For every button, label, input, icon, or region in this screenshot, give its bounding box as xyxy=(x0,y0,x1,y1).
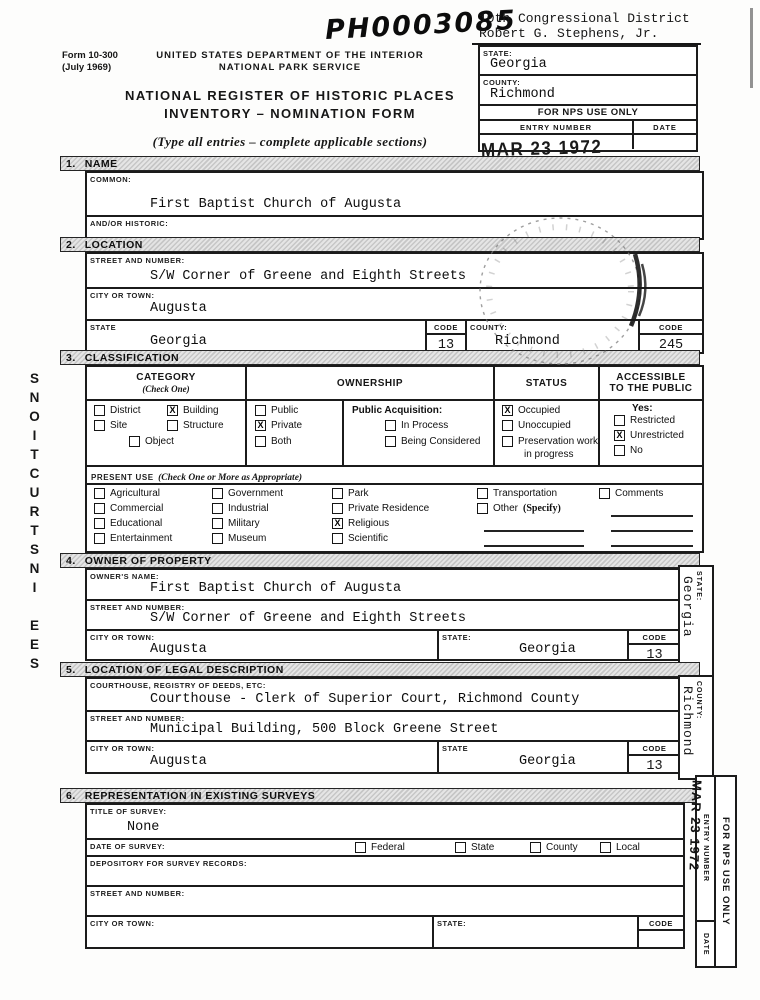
date-label: DATE xyxy=(632,121,696,133)
accessible-options-cell: Yes: Restricted XUnrestricted No xyxy=(598,401,702,465)
nps-state-value: Georgia xyxy=(490,57,547,72)
checkbox-both: Both xyxy=(255,436,292,447)
checkbox-public: Public xyxy=(255,405,298,416)
owner-city-cell: CITY OR TOWN: Augusta xyxy=(87,631,437,659)
checkbox xyxy=(614,415,625,426)
checkbox xyxy=(332,533,343,544)
survey-title-value: None xyxy=(127,820,159,835)
category-check-note: (Check One) xyxy=(142,384,189,394)
checkbox xyxy=(167,420,178,431)
checkbox-commercial: Commercial xyxy=(94,503,163,514)
checkbox-being-considered: Being Considered xyxy=(385,436,481,447)
legal-code-label: CODE xyxy=(629,742,680,756)
department-heading: UNITED STATES DEPARTMENT OF THE INTERIOR… xyxy=(120,50,460,73)
see-instructions-note: SNOITCURTSNI EES xyxy=(27,371,42,675)
checkbox-agricultural: Agricultural xyxy=(94,488,160,499)
margin-state-label: STATE: xyxy=(695,571,702,675)
owner-state-cell: STATE: Georgia xyxy=(437,631,627,659)
legal-street-value: Municipal Building, 500 Block Greene Str… xyxy=(150,722,498,737)
checkbox xyxy=(332,488,343,499)
checkbox xyxy=(385,436,396,447)
strip-nps-only-label: FOR NPS USE ONLY xyxy=(714,777,735,966)
depository-label: DEPOSITORY FOR SURVEY RECORDS: xyxy=(90,859,247,868)
checkbox-educational: Educational xyxy=(94,518,162,529)
form-number: Form 10-300 (July 1969) xyxy=(62,50,118,73)
strip-date-stamp: MAR 23 1972 xyxy=(686,780,704,872)
owner-name-field: OWNER'S NAME: First Baptist Church of Au… xyxy=(87,570,680,599)
owner-street-value: S/W Corner of Greene and Eighth Streets xyxy=(150,611,466,626)
checkbox xyxy=(94,518,105,529)
checkbox-military: Military xyxy=(212,518,260,529)
county-label: COUNTY: xyxy=(470,323,507,332)
state-value: Georgia xyxy=(150,334,207,349)
checkbox xyxy=(94,533,105,544)
street-value: S/W Corner of Greene and Eighth Streets xyxy=(150,269,466,284)
margin-county-label: COUNTY: xyxy=(695,681,702,778)
checkbox xyxy=(212,518,223,529)
margin-county-strip: COUNTY: Richmond xyxy=(678,675,714,780)
checkbox-state-survey: State xyxy=(455,842,494,853)
accessible-yes-label: Yes: xyxy=(632,403,653,414)
county-value: Richmond xyxy=(495,334,560,349)
survey-street-label: STREET AND NUMBER: xyxy=(90,889,185,898)
checkbox-no: No xyxy=(614,445,643,456)
location-state-row: STATE Georgia CODE 13 COUNTY: Richmond C… xyxy=(87,319,702,352)
checkbox-object: Object xyxy=(129,436,174,447)
category-header-cell: CATEGORY (Check One) xyxy=(87,367,245,399)
survey-street-field: STREET AND NUMBER: xyxy=(87,885,683,915)
section-5-body: COURTHOUSE, REGISTRY OF DEEDS, ETC: Cour… xyxy=(85,677,682,774)
section-4-title: OWNER OF PROPERTY xyxy=(85,555,212,567)
checkbox xyxy=(94,488,105,499)
survey-code-label: CODE xyxy=(639,917,683,931)
checkbox xyxy=(502,420,513,431)
legal-city-cell: CITY OR TOWN: Augusta xyxy=(87,742,437,772)
nps-entry-header-row: ENTRY NUMBER DATE xyxy=(480,119,696,133)
legal-street-field: STREET AND NUMBER: Municipal Building, 5… xyxy=(87,710,680,740)
owner-code-value: 13 xyxy=(629,645,680,663)
checkbox-transportation: Transportation xyxy=(477,488,557,499)
representative-name: Robert G. Stephens, Jr. xyxy=(472,26,701,45)
owner-code-label: CODE xyxy=(629,631,680,645)
survey-state-cell: STATE: xyxy=(432,917,637,947)
nps-county-label: COUNTY: xyxy=(483,78,520,87)
comments-line xyxy=(611,544,693,547)
accessible-header-line2: TO THE PUBLIC xyxy=(610,383,693,394)
section-3-title: CLASSIFICATION xyxy=(85,352,179,364)
type-instructions-note: (Type all entries – complete applicable … xyxy=(95,134,485,150)
checkbox: X xyxy=(167,405,178,416)
checkbox xyxy=(94,405,105,416)
section-1-body: COMMON: First Baptist Church of Augusta … xyxy=(85,171,704,240)
survey-date-row: DATE OF SURVEY: Federal State County Loc… xyxy=(87,838,683,855)
state-cell: STATE Georgia xyxy=(87,321,425,352)
section-2-title: LOCATION xyxy=(85,239,143,251)
section-6-body: TITLE OF SURVEY: None DATE OF SURVEY: Fe… xyxy=(85,803,685,949)
section-3-body: CATEGORY (Check One) OWNERSHIP STATUS AC… xyxy=(85,365,704,553)
checkbox xyxy=(94,420,105,431)
comments-line xyxy=(611,529,693,532)
owner-city-label: CITY OR TOWN: xyxy=(90,633,154,642)
checkbox-building: XBuilding xyxy=(167,405,219,416)
section-5-title: LOCATION OF LEGAL DESCRIPTION xyxy=(85,664,284,676)
checkbox-preservation-work: Preservation work xyxy=(502,436,598,447)
checkbox xyxy=(94,503,105,514)
section-4-body: OWNER'S NAME: First Baptist Church of Au… xyxy=(85,568,682,661)
status-header: STATUS xyxy=(526,378,568,389)
checkbox-unrestricted: XUnrestricted xyxy=(614,430,684,441)
checkbox: X xyxy=(614,430,625,441)
category-options-cell: District XBuilding Site Structure Object xyxy=(87,401,245,465)
checkbox-industrial: Industrial xyxy=(212,503,269,514)
section-6-number: 6. xyxy=(66,790,76,802)
checkbox xyxy=(212,488,223,499)
legal-state-value: Georgia xyxy=(519,754,576,769)
checkbox xyxy=(355,842,366,853)
owner-state-value: Georgia xyxy=(519,642,576,657)
form-number-line2: (July 1969) xyxy=(62,62,118,74)
state-code-label: CODE xyxy=(427,321,465,335)
owner-state-label: STATE: xyxy=(442,633,471,642)
checkbox-private: XPrivate xyxy=(255,420,302,431)
checkbox xyxy=(477,488,488,499)
checkbox-unoccupied: Unoccupied xyxy=(502,420,571,431)
survey-city-label: CITY OR TOWN: xyxy=(90,919,154,928)
form-title: NATIONAL REGISTER OF HISTORIC PLACES INV… xyxy=(95,87,485,122)
city-label: CITY OR TOWN: xyxy=(90,291,154,300)
other-specify-line xyxy=(484,544,584,547)
section-1-number: 1. xyxy=(66,158,76,170)
state-label: STATE xyxy=(90,323,116,332)
survey-title-label: TITLE OF SURVEY: xyxy=(90,807,166,816)
checkbox: X xyxy=(502,405,513,416)
survey-state-label: STATE: xyxy=(437,919,466,928)
section-1-title: NAME xyxy=(85,158,118,170)
common-name-field: COMMON: First Baptist Church of Augusta xyxy=(87,173,702,215)
comments-line xyxy=(611,514,693,517)
checkbox-museum: Museum xyxy=(212,533,266,544)
checkbox-in-process: In Process xyxy=(385,420,448,431)
checkbox xyxy=(255,405,266,416)
checkbox xyxy=(385,420,396,431)
checkbox xyxy=(332,503,343,514)
nps-state-row: STATE: Georgia xyxy=(480,47,696,74)
classification-options-row: District XBuilding Site Structure Object… xyxy=(87,399,702,465)
form-number-line1: Form 10-300 xyxy=(62,50,118,62)
section-1-header: 1. NAME xyxy=(60,156,700,171)
checkbox-entertainment: Entertainment xyxy=(94,533,172,544)
legal-state-cell: STATE Georgia xyxy=(437,742,627,772)
checkbox xyxy=(614,445,625,456)
checkbox: X xyxy=(255,420,266,431)
historic-name-field: AND/OR HISTORIC: xyxy=(87,215,702,238)
survey-city-cell: CITY OR TOWN: xyxy=(87,917,432,947)
location-street-field: STREET AND NUMBER: S/W Corner of Greene … xyxy=(87,254,702,287)
checkbox: X xyxy=(332,518,343,529)
present-use-grid: Agricultural Commercial Educational Ente… xyxy=(87,483,702,551)
present-use-header-row: PRESENT USE (Check One or More as Approp… xyxy=(87,465,702,483)
checkbox xyxy=(455,842,466,853)
other-specify-line xyxy=(484,529,584,532)
ownership-subdivider xyxy=(342,401,344,465)
present-use-label: PRESENT USE xyxy=(87,470,154,482)
common-name-label: COMMON: xyxy=(90,175,131,184)
margin-state-value: Georgia xyxy=(680,571,695,675)
checkbox-county-survey: County xyxy=(530,842,578,853)
scanned-form-page: SNOITCURTSNI EES Form 10-300 (July 1969)… xyxy=(0,0,760,1000)
section-4-header: 4. OWNER OF PROPERTY xyxy=(60,553,700,568)
location-city-field: CITY OR TOWN: Augusta xyxy=(87,287,702,319)
checkbox xyxy=(477,503,488,514)
state-code-cell: CODE 13 xyxy=(425,321,465,352)
section-6-header: 6. REPRESENTATION IN EXISTING SURVEYS xyxy=(60,788,700,803)
survey-code-cell: CODE xyxy=(637,917,683,947)
section-5-header: 5. LOCATION OF LEGAL DESCRIPTION xyxy=(60,662,700,677)
common-name-value: First Baptist Church of Augusta xyxy=(150,197,401,212)
legal-city-row: CITY OR TOWN: Augusta STATE Georgia CODE… xyxy=(87,740,680,772)
form-title-line1: NATIONAL REGISTER OF HISTORIC PLACES xyxy=(95,87,485,105)
legal-code-value: 13 xyxy=(629,756,680,774)
street-label: STREET AND NUMBER: xyxy=(90,256,185,265)
scan-edge-artifact xyxy=(750,8,753,88)
ownership-header-cell: OWNERSHIP xyxy=(245,367,493,399)
public-acquisition-label: Public Acquisition: xyxy=(352,405,442,416)
checkbox xyxy=(212,533,223,544)
checkbox-scientific: Scientific xyxy=(332,533,388,544)
accessible-header-line1: ACCESSIBLE xyxy=(616,372,685,383)
owner-name-label: OWNER'S NAME: xyxy=(90,572,159,581)
survey-city-row: CITY OR TOWN: STATE: CODE xyxy=(87,915,683,947)
status-header-cell: STATUS xyxy=(493,367,598,399)
checkbox xyxy=(600,842,611,853)
congressional-district: 10th Congressional District xyxy=(479,11,690,26)
survey-title-field: TITLE OF SURVEY: None xyxy=(87,805,683,838)
status-options-cell: XOccupied Unoccupied Preservation work i… xyxy=(493,401,598,465)
county-code-cell: CODE 245 xyxy=(638,321,702,352)
checkbox-religious: XReligious xyxy=(332,518,389,529)
nps-county-row: COUNTY: Richmond xyxy=(480,74,696,104)
classification-header-row: CATEGORY (Check One) OWNERSHIP STATUS AC… xyxy=(87,367,702,399)
section-3-header: 3. CLASSIFICATION xyxy=(60,350,700,365)
legal-city-label: CITY OR TOWN: xyxy=(90,744,154,753)
legal-city-value: Augusta xyxy=(150,754,207,769)
nps-county-value: Richmond xyxy=(490,87,555,102)
ownership-header: OWNERSHIP xyxy=(337,378,403,389)
date-received-stamp: MAR 23 1972 xyxy=(481,136,603,162)
checkbox-park: Park xyxy=(332,488,369,499)
checkbox-government: Government xyxy=(212,488,283,499)
margin-state-strip: STATE: Georgia xyxy=(678,565,714,677)
present-use-note: (Check One or More as Appropriate) xyxy=(158,473,302,483)
ownership-options-cell: Public XPrivate Both Public Acquisition:… xyxy=(245,401,493,465)
historic-name-label: AND/OR HISTORIC: xyxy=(90,219,168,228)
legal-state-label: STATE xyxy=(442,744,468,753)
department-line1: UNITED STATES DEPARTMENT OF THE INTERIOR xyxy=(120,50,460,62)
owner-name-value: First Baptist Church of Augusta xyxy=(150,581,401,596)
checkbox-federal: Federal xyxy=(355,842,405,853)
preservation-work-line2: in progress xyxy=(524,449,573,460)
nps-only-banner: FOR NPS USE ONLY xyxy=(480,104,696,119)
section-5-number: 5. xyxy=(66,664,76,676)
depository-field: DEPOSITORY FOR SURVEY RECORDS: xyxy=(87,855,683,885)
checkbox-other: Other(Specify) xyxy=(477,503,561,514)
survey-date-label: DATE OF SURVEY: xyxy=(90,842,165,851)
checkbox-occupied: XOccupied xyxy=(502,405,560,416)
courthouse-field: COURTHOUSE, REGISTRY OF DEEDS, ETC: Cour… xyxy=(87,679,680,710)
category-header: CATEGORY xyxy=(136,372,196,383)
owner-street-field: STREET AND NUMBER: S/W Corner of Greene … xyxy=(87,599,680,629)
checkbox-local-survey: Local xyxy=(600,842,640,853)
checkbox-private-residence: Private Residence xyxy=(332,503,429,514)
courthouse-label: COURTHOUSE, REGISTRY OF DEEDS, ETC: xyxy=(90,681,266,690)
section-6-title: REPRESENTATION IN EXISTING SURVEYS xyxy=(85,790,316,802)
section-4-number: 4. xyxy=(66,555,76,567)
margin-county-value: Richmond xyxy=(680,681,695,778)
city-value: Augusta xyxy=(150,301,207,316)
checkbox xyxy=(212,503,223,514)
section-2-body: STREET AND NUMBER: S/W Corner of Greene … xyxy=(85,252,704,354)
county-cell: COUNTY: Richmond xyxy=(465,321,638,352)
county-code-label: CODE xyxy=(640,321,702,335)
department-line2: NATIONAL PARK SERVICE xyxy=(120,62,460,74)
section-2-number: 2. xyxy=(66,239,76,251)
owner-code-cell: CODE 13 xyxy=(627,631,680,659)
checkbox-site: Site xyxy=(94,420,127,431)
checkbox-restricted: Restricted xyxy=(614,415,675,426)
checkbox xyxy=(530,842,541,853)
accessible-header-cell: ACCESSIBLE TO THE PUBLIC xyxy=(598,367,702,399)
courthouse-value: Courthouse - Clerk of Superior Court, Ri… xyxy=(150,692,579,707)
checkbox-structure: Structure xyxy=(167,420,224,431)
checkbox-comments: Comments xyxy=(599,488,663,499)
checkbox xyxy=(599,488,610,499)
owner-city-row: CITY OR TOWN: Augusta STATE: Georgia COD… xyxy=(87,629,680,659)
legal-code-cell: CODE 13 xyxy=(627,742,680,772)
strip-date-label: DATE xyxy=(697,920,714,966)
section-3-number: 3. xyxy=(66,352,76,364)
checkbox xyxy=(129,436,140,447)
owner-city-value: Augusta xyxy=(150,642,207,657)
checkbox xyxy=(502,436,513,447)
checkbox xyxy=(255,436,266,447)
section-2-header: 2. LOCATION xyxy=(60,237,700,252)
checkbox-district: District xyxy=(94,405,141,416)
form-title-line2: INVENTORY – NOMINATION FORM xyxy=(95,105,485,123)
entry-number-label: ENTRY NUMBER xyxy=(480,121,632,133)
